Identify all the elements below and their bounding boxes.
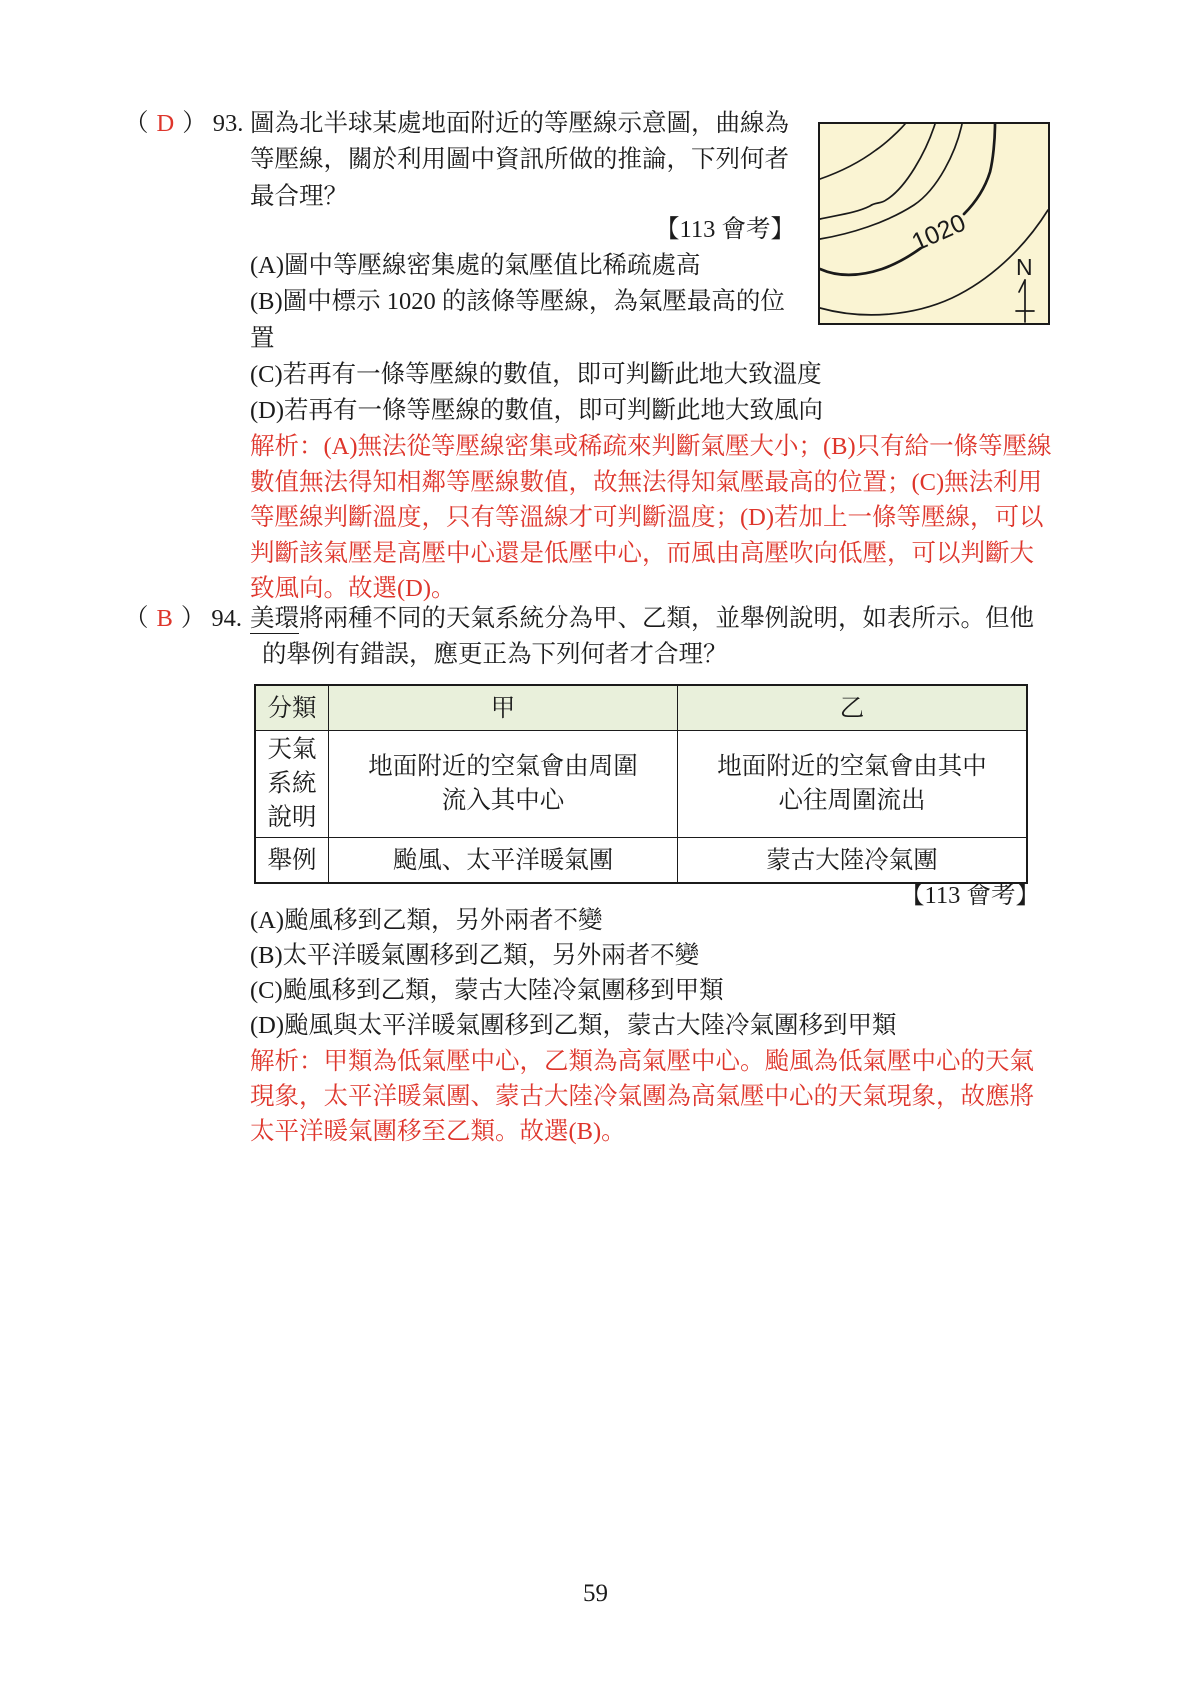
q94-answer-letter: B: [157, 605, 173, 632]
q93-number: 93.: [213, 110, 244, 137]
q94-explanation-line: 太平洋暖氣團移至乙類。故選(B)。: [250, 1114, 626, 1150]
q94-option-d: (D)颱風與太平洋暖氣團移到乙類，蒙古大陸冷氣團移到甲類: [250, 1008, 897, 1044]
table-header-yi: 乙: [678, 685, 1028, 731]
q94-student-name: 美環: [250, 605, 299, 634]
cell-yi-example: 蒙古大陸冷氣團: [678, 838, 1028, 884]
q93-option-c: (C)若再有一條等壓線的數值，即可判斷此地大致溫度: [250, 357, 822, 393]
q94-paren-open: （: [124, 605, 149, 632]
cell-jia-example: 颱風、太平洋暖氣團: [329, 838, 678, 884]
q93-explanation-line: 判斷該氣壓是高壓中心還是低壓中心，而風由高壓吹向低壓，可以判斷大: [250, 536, 1034, 572]
cell-jia-description: 地面附近的空氣會由周圍 流入其中心: [329, 731, 678, 838]
row-label-line: 說明: [260, 801, 324, 835]
table-header-jia: 甲: [329, 685, 678, 731]
q93-stem-line: 等壓線，關於利用圖中資訊所做的推論，下列何者: [250, 142, 789, 178]
cell-text-line: 地面附近的空氣會由其中: [682, 750, 1022, 784]
q93-source-tag: 【113 會考】: [250, 212, 795, 248]
cell-text-line: 地面附近的空氣會由周圍: [333, 750, 673, 784]
q94-paren-close: ）: [181, 605, 206, 632]
north-label: N: [1016, 254, 1033, 280]
q94-explanation-line: 現象，太平洋暖氣團、蒙古大陸冷氣團為高氣壓中心的天氣現象，故應將: [250, 1079, 1034, 1115]
q93-option-b-wrap: 置: [250, 321, 275, 357]
cell-text-line: 心往周圍流出: [682, 784, 1022, 818]
table-row-examples: 舉例 颱風、太平洋暖氣團 蒙古大陸冷氣團: [255, 838, 1027, 884]
table-header-category: 分類: [255, 685, 329, 731]
q93-option-b: (B)圖中標示 1020 的該條等壓線，為氣壓最高的位: [250, 284, 785, 320]
q94-option-c: (C)颱風移到乙類，蒙古大陸冷氣團移到甲類: [250, 973, 724, 1009]
table-row-description: 天氣 系統 說明 地面附近的空氣會由周圍 流入其中心 地面附近的空氣會由其中 心…: [255, 731, 1027, 838]
q94-option-b: (B)太平洋暖氣團移到乙類，另外兩者不變: [250, 938, 699, 974]
q93-explanation-line: 解析：(A)無法從等壓線密集或稀疏來判斷氣壓大小；(B)只有給一條等壓線: [250, 429, 1052, 465]
q93-option-a: (A)圖中等壓線密集處的氣壓值比稀疏處高: [250, 248, 701, 284]
q93-option-d: (D)若再有一條等壓線的數值，即可判斷此地大致風向: [250, 393, 823, 429]
q94-answer-prefix: （B）94.: [124, 601, 242, 637]
q94-option-a: (A)颱風移到乙類，另外兩者不變: [250, 903, 603, 939]
q93-stem-line: 圖為北半球某處地面附近的等壓線示意圖，曲線為: [250, 106, 789, 142]
q94-stem-line: 美環將兩種不同的天氣系統分為甲、乙類，並舉例說明，如表所示。但他: [250, 601, 1034, 637]
row-label-example: 舉例: [255, 838, 329, 884]
q94-stem-text: 將兩種不同的天氣系統分為甲、乙類，並舉例說明，如表所示。但他: [299, 605, 1034, 632]
page-number: 59: [0, 1578, 1191, 1610]
q93-paren-close: ）: [182, 110, 207, 137]
q94-stem-line: 的舉例有錯誤，應更正為下列何者才合理？: [262, 637, 728, 673]
q93-answer-letter: D: [157, 110, 175, 137]
q93-stem-line: 最合理？: [250, 179, 348, 215]
isobar-figure: 1020 N: [818, 122, 1050, 325]
q93-explanation-line: 數值無法得知相鄰等壓線數值，故無法得知氣壓最高的位置；(C)無法利用: [250, 465, 1042, 501]
q93-paren-open: （: [124, 110, 149, 137]
row-label-line: 系統: [260, 767, 324, 801]
weather-table: 分類 甲 乙 天氣 系統 說明 地面附近的空氣會由周圍 流入其中心 地面附近的空…: [254, 684, 1028, 884]
q94-explanation-line: 解析：甲類為低氣壓中心，乙類為高氣壓中心。颱風為低氣壓中心的天氣: [250, 1044, 1034, 1080]
row-label-line: 天氣: [260, 733, 324, 767]
q94-number: 94.: [211, 605, 242, 632]
table-header-row: 分類 甲 乙: [255, 685, 1027, 731]
cell-text-line: 流入其中心: [333, 784, 673, 818]
exam-page: （D）93. 圖為北半球某處地面附近的等壓線示意圖，曲線為 等壓線，關於利用圖中…: [0, 0, 1191, 1684]
q93-answer-prefix: （D）93.: [124, 106, 243, 142]
cell-yi-description: 地面附近的空氣會由其中 心往周圍流出: [678, 731, 1028, 838]
q93-explanation-line: 等壓線判斷溫度，只有等溫線才可判斷溫度；(D)若加上一條等壓線，可以: [250, 500, 1044, 536]
row-label-weather-system: 天氣 系統 說明: [255, 731, 329, 838]
